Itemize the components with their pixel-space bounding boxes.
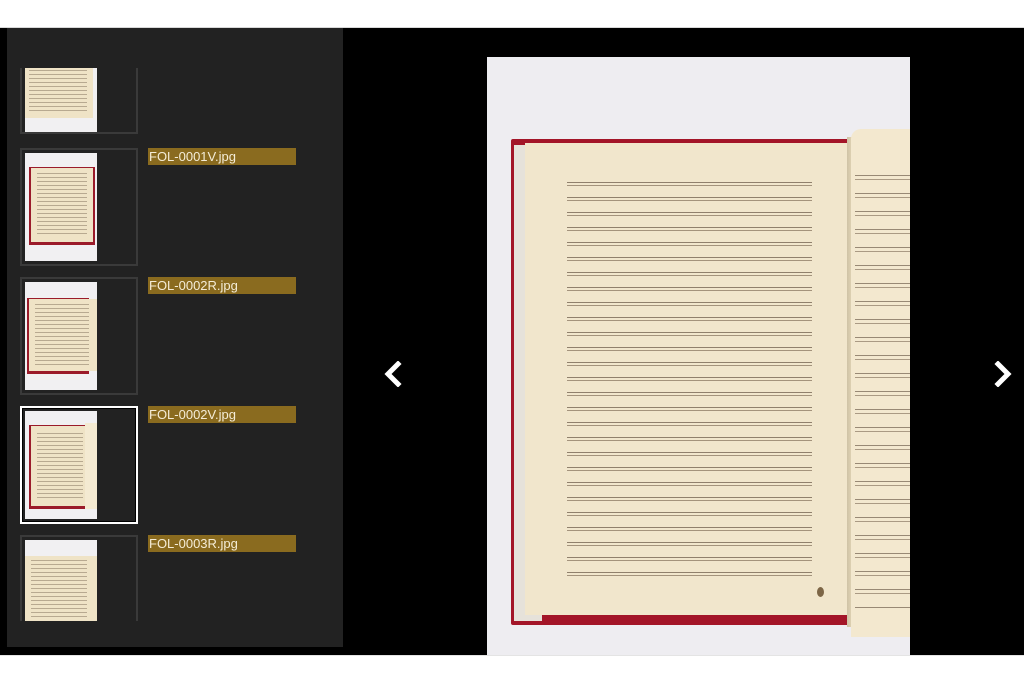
image-viewer: FOL-0001V.jpg FOL-0002R.jpg: [0, 28, 1024, 655]
top-bar: [0, 0, 1024, 28]
thumbnail-image[interactable]: [25, 153, 97, 261]
thumbnail-frame[interactable]: [20, 68, 138, 134]
thumbnail-frame[interactable]: [20, 535, 138, 621]
thumbnail-frame[interactable]: [20, 406, 138, 524]
thumbnail-sidebar[interactable]: FOL-0001V.jpg FOL-0002R.jpg: [7, 28, 343, 647]
chevron-right-icon: [993, 361, 1013, 387]
handwritten-text: [855, 169, 910, 609]
chevron-left-icon: [383, 361, 403, 387]
bottom-bar: [0, 655, 1024, 683]
thumbnail-label[interactable]: FOL-0003R.jpg: [148, 535, 296, 552]
thumbnail-image[interactable]: [25, 540, 97, 621]
next-button[interactable]: [988, 354, 1018, 394]
thumbnail-item[interactable]: FOL-0002R.jpg: [20, 277, 330, 395]
thumbnail-item[interactable]: FOL-0001V.jpg: [20, 148, 330, 266]
thumbnail-item[interactable]: FOL-0003R.jpg: [20, 535, 330, 647]
thumbnail-frame[interactable]: [20, 148, 138, 266]
main-folio-image[interactable]: [487, 57, 910, 655]
thumbnail-image[interactable]: [25, 282, 97, 390]
previous-button[interactable]: [378, 354, 408, 394]
thumbnail-image[interactable]: [25, 411, 97, 519]
thumbnail-item[interactable]: [20, 68, 330, 134]
thumbnail-image[interactable]: [25, 68, 97, 132]
thumbnail-label[interactable]: FOL-0002R.jpg: [148, 277, 296, 294]
thumbnail-frame[interactable]: [20, 277, 138, 395]
thumbnail-item-selected[interactable]: FOL-0002V.jpg: [20, 406, 330, 524]
handwritten-text: [567, 177, 812, 587]
thumbnail-label[interactable]: FOL-0002V.jpg: [148, 406, 296, 423]
thumbnail-label[interactable]: FOL-0001V.jpg: [148, 148, 296, 165]
